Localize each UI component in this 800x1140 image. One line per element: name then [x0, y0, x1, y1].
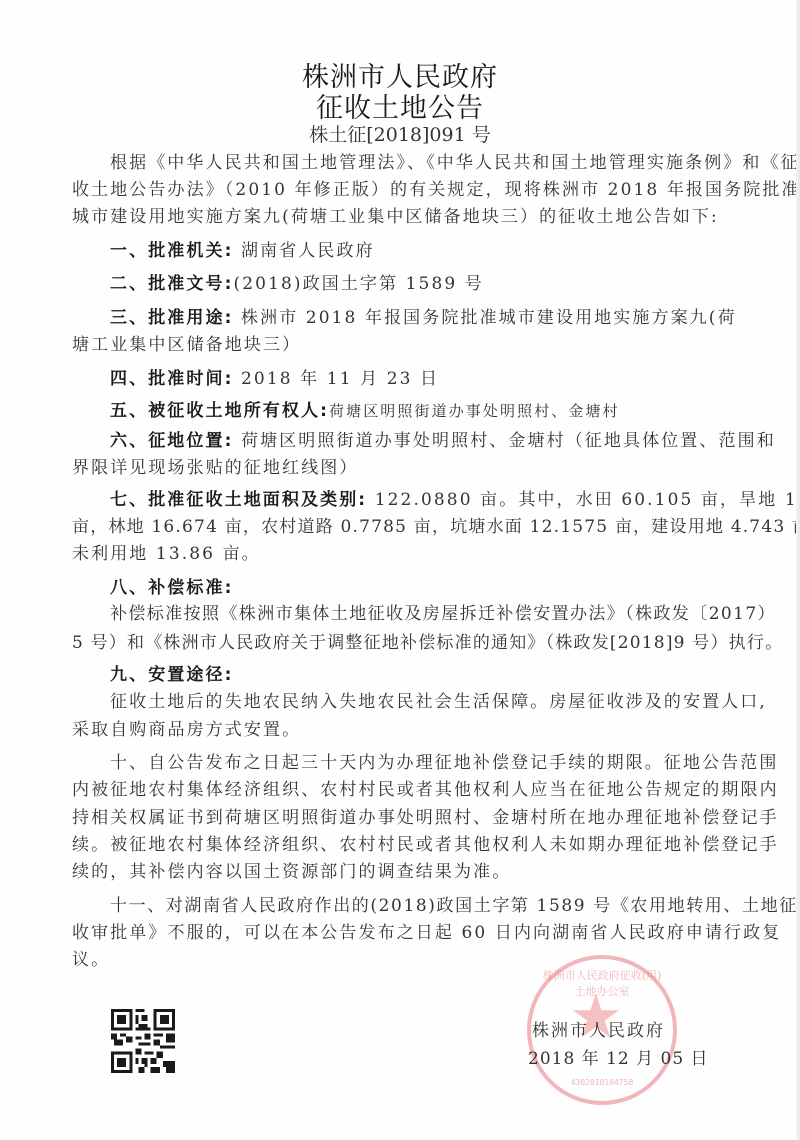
qr-code-icon — [111, 1008, 175, 1074]
intro-line-2: 收土地公告办法》（2010 年修正版）的有关规定，现将株洲市 2018 年报国务… — [72, 179, 792, 201]
item-approval-use-cont: 塘工业集中区储备地块三） — [72, 334, 792, 356]
compensation-line-1: 补偿标准按照《株洲市集体土地征收及房屋拆迁补偿安置办法》（株政发〔2017） — [110, 603, 790, 625]
appeal-line-2: 收审批单》不服的，可以在本公告发布之日起 60 日内向湖南省人民政府申请行政复 — [72, 922, 792, 944]
item-label: 三、批准用途: — [110, 308, 234, 328]
appeal-line-1: 十一、对湖南省人民政府作出的(2018)政国土字第 1589 号《农用地转用、土… — [110, 895, 790, 917]
item-approval-time: 四、批准时间: 2018 年 11 月 23 日 — [110, 368, 790, 390]
resettlement-line-1: 征收土地后的失地农民纳入失地农民社会生活保障。房屋征收涉及的安置人口, — [110, 691, 790, 713]
registration-line-1: 十、自公告发布之日起三十天内为办理征地补偿登记手续的期限。征地公告范围 — [110, 752, 790, 774]
item-value: 122.0880 亩。其中，水田 60.105 亩，旱地 13.77 — [367, 490, 800, 510]
item-value: 株洲市 2018 年报国务院批准城市建设用地实施方案九(荷 — [234, 308, 737, 328]
item-approval-use: 三、批准用途: 株洲市 2018 年报国务院批准城市建设用地实施方案九(荷 — [110, 307, 790, 329]
item-location-cont: 界限详见现场张贴的征地红线图） — [72, 457, 792, 479]
issue-date: 2018 年 12 月 05 日 — [528, 1044, 709, 1069]
item-label: 四、批准时间: — [110, 369, 234, 389]
item-area-cont-1: 亩，林地 16.674 亩，农村道路 0.7785 亩，坑塘水面 12.1575… — [72, 516, 792, 538]
item-area-cont-2: 未利用地 13.86 亩。 — [72, 543, 792, 565]
item-value: 荷塘区明照街道办事处明照村、金塘村（征地具体位置、范围和 — [234, 431, 776, 451]
notice-page: 株洲市人民政府 征收土地公告 株土征[2018]091 号 根据《中华人民共和国… — [0, 0, 800, 1140]
item-value: 2018 年 11 月 23 日 — [234, 369, 440, 389]
item-value: 湖南省人民政府 — [234, 241, 375, 261]
item-value: 荷塘区明照街道办事处明照村、金塘村 — [329, 402, 620, 420]
item-label: 七、批准征收土地面积及类别: — [110, 490, 367, 510]
item-value: (2018)政国土字第 1589 号 — [234, 274, 484, 294]
appeal-line-3: 议。 — [72, 949, 792, 971]
item-location: 六、征地位置: 荷塘区明照街道办事处明照村、金塘村（征地具体位置、范围和 — [110, 430, 790, 452]
intro-line-1: 根据《中华人民共和国土地管理法》、《中华人民共和国土地管理实施条例》和《征 — [110, 152, 790, 174]
seal-code: 4302010104758 — [551, 1078, 653, 1087]
item-approval-doc-no: 二、批准文号:(2018)政国土字第 1589 号 — [110, 273, 790, 295]
intro-line-3: 城市建设用地实施方案九(荷塘工业集中区储备地块三）的征收土地公告如下: — [72, 206, 792, 228]
registration-line-5: 续的，其补偿内容以国土资源部门的调查结果为准。 — [72, 861, 792, 883]
item-land-owner: 五、被征收土地所有权人:荷塘区明照街道办事处明照村、金塘村 — [110, 400, 790, 422]
item-label: 六、征地位置: — [110, 431, 234, 451]
issuer-signature: 株洲市人民政府 — [532, 1016, 665, 1041]
registration-line-3: 持相关权属证书到荷塘区明照街道办事处明照村、金塘村所在地办理征地补偿登记手 — [72, 807, 792, 829]
scan-edge — [796, 0, 800, 1140]
resettlement-line-2: 采取自购商品房方式安置。 — [72, 719, 792, 741]
item-area: 七、批准征收土地面积及类别: 122.0880 亩。其中，水田 60.105 亩… — [110, 489, 790, 511]
document-number: 株土征[2018]091 号 — [0, 120, 800, 147]
item-label: 五、被征收土地所有权人: — [110, 401, 329, 421]
registration-line-4: 续。被征地农村集体经济组织、农村村民或者其他权利人未如期办理征地补偿登记手 — [72, 834, 792, 856]
section-resettlement-heading: 九、安置途径: — [110, 664, 790, 686]
compensation-line-2: 5 号）和《株洲市人民政府关于调整征地补偿标准的通知》（株政发[2018]9 号… — [72, 632, 792, 654]
item-approval-authority: 一、批准机关: 湖南省人民政府 — [110, 240, 790, 262]
item-label: 二、批准文号: — [110, 274, 234, 294]
item-label: 一、批准机关: — [110, 241, 234, 261]
section-compensation-heading: 八、补偿标准: — [110, 577, 790, 599]
registration-line-2: 内被征地农村集体经济组织、农村村民或者其他权利人应当在征地公告规定的期限内 — [72, 779, 792, 801]
